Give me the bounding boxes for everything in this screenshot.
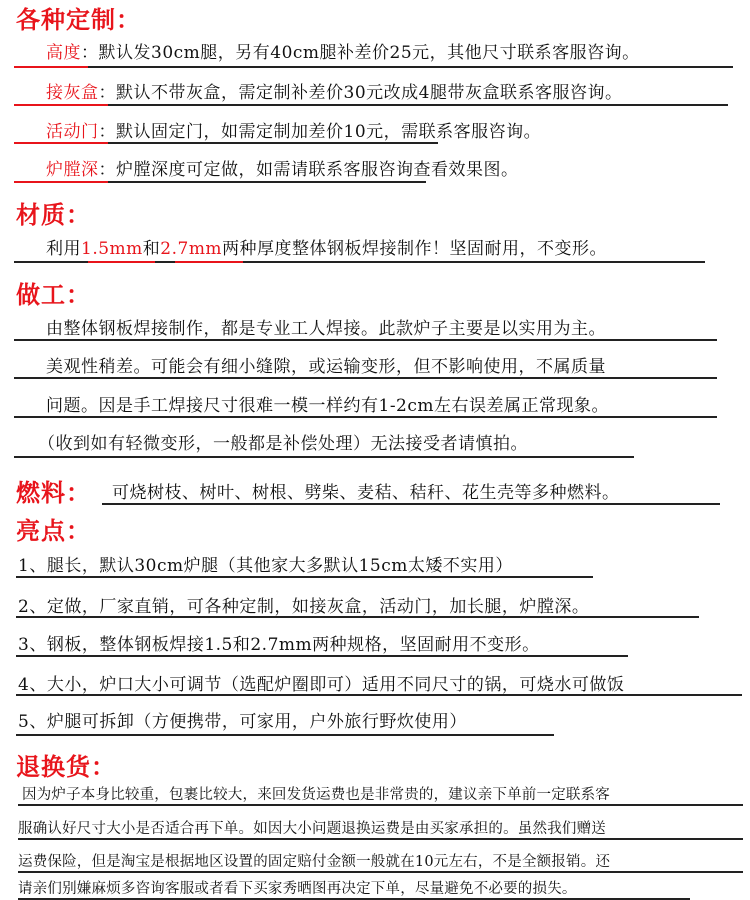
underline — [16, 576, 593, 578]
underline — [108, 142, 438, 144]
thickness-2: 2.7mm — [160, 239, 222, 259]
underline — [243, 261, 705, 263]
underline-red — [175, 261, 243, 263]
underline — [88, 66, 733, 68]
returns-line: 请亲们别嫌麻烦多咨询客服或者看下买家秀晒图再决定下单，尽量避免不必要的损失。 — [18, 878, 577, 900]
underline — [14, 416, 717, 418]
custom-text: 默认不带灰盒，需定制补差价30元改成4腿带灰盒联系客服咨询。 — [116, 83, 622, 103]
workmanship-line: 美观性稍差。可能会有细小缝隙，或运输变形，但不影响使用，不属质量 — [46, 356, 606, 378]
custom-label: 高度 — [46, 43, 81, 63]
custom-text: 炉膛深度可定做，如需请联系客服咨询查看效果图。 — [116, 160, 519, 180]
underline — [155, 261, 175, 263]
material-line: 利用1.5mm和2.7mm两种厚度整体钢板焊接制作！坚固耐用，不变形。 — [46, 238, 607, 260]
custom-item-height: 高度：默认发30cm腿，另有40cm腿补差价25元，其他尺寸联系客服咨询。 — [46, 42, 640, 64]
heading-returns: 退换货： — [16, 753, 116, 781]
heading-highlights: 亮点： — [16, 517, 91, 545]
underline — [102, 503, 720, 505]
highlight-item: 2、定做，厂家直销，可各种定制，如接灰盒，活动门，加长腿，炉膛深。 — [18, 596, 589, 618]
heading-fuel: 燃料： — [16, 479, 91, 507]
custom-sep: ： — [99, 160, 117, 180]
material-pre: 利用 — [46, 239, 81, 259]
underline-red — [14, 142, 108, 144]
underline — [16, 694, 742, 696]
material-post: 两种厚度整体钢板焊接制作！坚固耐用，不变形。 — [222, 239, 607, 259]
underline — [16, 734, 554, 736]
custom-item-ash-box: 接灰盒：默认不带灰盒，需定制补差价30元改成4腿带灰盒联系客服咨询。 — [46, 82, 622, 104]
workmanship-line: （收到如有轻微变形，一般都是补偿处理）无法接受者请慎拍。 — [38, 433, 528, 455]
custom-label: 活动门 — [46, 122, 99, 142]
material-mid: 和 — [143, 239, 161, 259]
underline — [108, 104, 728, 106]
underline — [18, 871, 743, 873]
custom-sep: ： — [81, 43, 99, 63]
custom-text: 默认发30cm腿，另有40cm腿补差价25元，其他尺寸联系客服咨询。 — [99, 43, 640, 63]
underline — [108, 181, 426, 183]
thickness-1: 1.5mm — [81, 239, 143, 259]
underline-red — [14, 181, 108, 183]
highlight-item: 3、钢板，整体钢板焊接1.5和2.7mm两种规格，坚固耐用不变形。 — [18, 634, 540, 656]
underline — [14, 261, 88, 263]
returns-line: 服确认好尺寸大小是否适合再下单。如因大小问题退换运费是由买家承担的。虽然我们赠送 — [18, 818, 606, 840]
underline-red — [14, 66, 88, 68]
underline — [14, 456, 634, 458]
underline — [16, 655, 628, 657]
custom-label: 接灰盒 — [46, 83, 99, 103]
heading-customization: 各种定制： — [16, 6, 141, 34]
underline-red — [14, 104, 108, 106]
fuel-text: 可烧树枝、树叶、树根、劈柴、麦秸、秸秆、花生壳等多种燃料。 — [112, 482, 620, 504]
workmanship-line: 问题。因是手工焊接尺寸很难一模一样约有1-2cm左右误差属正常现象。 — [46, 395, 609, 417]
highlight-item: 4、大小，炉口大小可调节（选配炉圈即可）适用不同尺寸的锅，可烧水可做饭 — [18, 674, 624, 696]
underline — [14, 377, 717, 379]
custom-item-door: 活动门：默认固定门，如需定制加差价10元，需联系客服咨询。 — [46, 121, 541, 143]
heading-material: 材质： — [16, 201, 91, 229]
custom-sep: ： — [99, 83, 117, 103]
custom-item-chamber: 炉膛深：炉膛深度可定做，如需请联系客服咨询查看效果图。 — [46, 159, 519, 181]
returns-line: 因为炉子本身比较重，包裹比较大，来回发货运费也是非常贵的，建议亲下单前一定联系客 — [22, 784, 610, 806]
heading-workmanship: 做工： — [16, 281, 91, 309]
custom-text: 默认固定门，如需定制加差价10元，需联系客服咨询。 — [116, 122, 541, 142]
underline — [18, 804, 743, 806]
underline — [14, 339, 717, 341]
returns-line: 运费保险，但是淘宝是根据地区设置的固定赔付金额一般就在10元左右，不是全额报销。… — [18, 851, 610, 873]
underline — [18, 898, 690, 900]
highlight-item: 5、炉腿可拆卸（方便携带，可家用，户外旅行野炊使用） — [18, 711, 467, 733]
underline-red — [88, 261, 155, 263]
custom-sep: ： — [99, 122, 117, 142]
underline — [18, 838, 743, 840]
underline — [16, 616, 699, 618]
custom-label: 炉膛深 — [46, 160, 99, 180]
workmanship-line: 由整体钢板焊接制作，都是专业工人焊接。此款炉子主要是以实用为主。 — [46, 318, 606, 340]
highlight-item: 1、腿长，默认30cm炉腿（其他家大多默认15cm太矮不实用） — [18, 555, 513, 577]
